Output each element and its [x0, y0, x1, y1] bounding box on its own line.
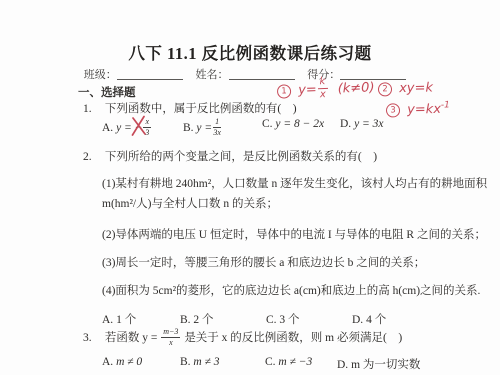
- formula-1-lhs: y=: [298, 82, 317, 98]
- section-heading: 一、选择题: [78, 84, 136, 100]
- formula-1-condition: (k≠0): [337, 80, 374, 96]
- question-2-item-3: (3)周长一定时，等腰三角形的腰长 a 和底边边长 b 之间的关系；: [102, 254, 425, 270]
- circled-number-2-icon: 2: [378, 82, 392, 96]
- question-2-item-1-line-1: (1)某村有耕地 240hm²，人口数量 n 逐年发生变化，该村人均占有的耕地面…: [102, 175, 487, 191]
- option-2a: A. 1 个: [102, 311, 136, 327]
- fraction: m−3x: [161, 328, 180, 347]
- question-3-options: A. m ≠ 0 B. m ≠ 3 C. m ≠ −3 D. m 为一切实数: [0, 356, 500, 375]
- option-2b: B. 2 个: [180, 311, 214, 327]
- circled-number-1-icon: 1: [277, 84, 291, 98]
- fraction-denominator: x: [318, 89, 328, 100]
- formula-2-text: xy=k: [399, 81, 433, 97]
- name-field-label: 姓名：: [196, 69, 229, 81]
- circled-number-3-icon: 3: [386, 104, 400, 118]
- header-fields-row: 班级： 姓名： 得分：: [0, 66, 500, 82]
- question-2-item-2: (2)导体两端的电压 U 恒定时，导体中的电流 I 与导体的电阻 R 之间的关系…: [102, 226, 486, 242]
- option-1b-label: B.: [183, 122, 194, 134]
- class-field-label: 班级：: [84, 69, 117, 81]
- question-2: 2. 下列所给的两个变量之间，是反比例函数关系的有( ): [83, 148, 377, 164]
- option-1c-math: y = 8 − 2x: [275, 118, 324, 130]
- class-blank-line: [117, 68, 183, 80]
- formula-3-text: y=kx: [407, 102, 441, 118]
- option-1a-label: A.: [102, 122, 113, 134]
- option-3b: B. m ≠ 3: [180, 356, 220, 368]
- question-3: 3. 若函数 y = m−3x 是关于 x 的反比例函数，则 m 必须满足( ): [83, 328, 402, 347]
- question-3-number: 3.: [83, 332, 102, 344]
- fraction: kx: [317, 77, 328, 100]
- option-1c: C. y = 8 − 2x: [262, 118, 324, 130]
- option-1b: B. y =13x: [183, 118, 222, 137]
- formula-3-exponent: -1: [441, 100, 450, 110]
- wrong-cross-icon: [130, 115, 147, 137]
- option-1c-label: C.: [262, 118, 273, 130]
- question-3-stem-pre: 若函数 y =: [105, 332, 158, 344]
- fraction-numerator: k: [317, 77, 327, 89]
- option-2c: C. 3 个: [266, 311, 300, 327]
- option-2d: D. 4 个: [352, 311, 386, 327]
- question-3-stem-post: 是关于 x 的反比例函数，则 m 必须满足( ): [184, 332, 402, 344]
- handwritten-formula-2: 2 xy=k: [378, 81, 433, 97]
- worksheet-page: { "document": { "title": "八下 11.1 反比例函数课…: [0, 0, 500, 375]
- option-1b-math: y =13x: [196, 122, 222, 134]
- handwritten-formula-3: 3 y=kx-1: [386, 100, 450, 117]
- question-1-number: 1.: [83, 103, 102, 115]
- option-3c: C. m ≠ −3: [265, 356, 312, 368]
- fraction-denominator: 3x: [213, 128, 221, 137]
- handwritten-formula-1: 1 y=kx (k≠0): [277, 75, 375, 101]
- fraction-numerator: 1: [213, 118, 221, 128]
- fraction-denominator: x: [161, 338, 180, 347]
- option-1d-label: D.: [340, 118, 351, 130]
- question-2-item-4: (4)面积为 5cm²的菱形，它的底边边长 a(cm)和底边上的高 h(cm)之…: [102, 282, 480, 298]
- question-1: 1. 下列函数中，属于反比例函数的有( ): [83, 100, 297, 116]
- question-2-item-1-line-2: m(hm²/人)与全村人口数 n 的关系；: [102, 195, 278, 211]
- worksheet-title: 八下 11.1 反比例函数课后练习题: [0, 40, 500, 64]
- option-3d: D. m 为一切实数: [337, 356, 420, 372]
- option-1d-math: y = 3x: [354, 118, 383, 130]
- question-1-stem: 下列函数中，属于反比例函数的有( ): [105, 103, 297, 115]
- fraction-numerator: m−3: [161, 328, 180, 338]
- question-2-number: 2.: [83, 151, 102, 163]
- option-3a: A. m ≠ 0: [102, 356, 142, 368]
- question-1-options: A. y = −x3 B. y =13x C. y = 8 − 2x D. y …: [0, 118, 500, 138]
- option-1d: D. y = 3x: [340, 118, 384, 130]
- question-2-stem: 下列所给的两个变量之间，是反比例函数关系的有( ): [105, 151, 377, 163]
- fraction: 13x: [213, 118, 221, 137]
